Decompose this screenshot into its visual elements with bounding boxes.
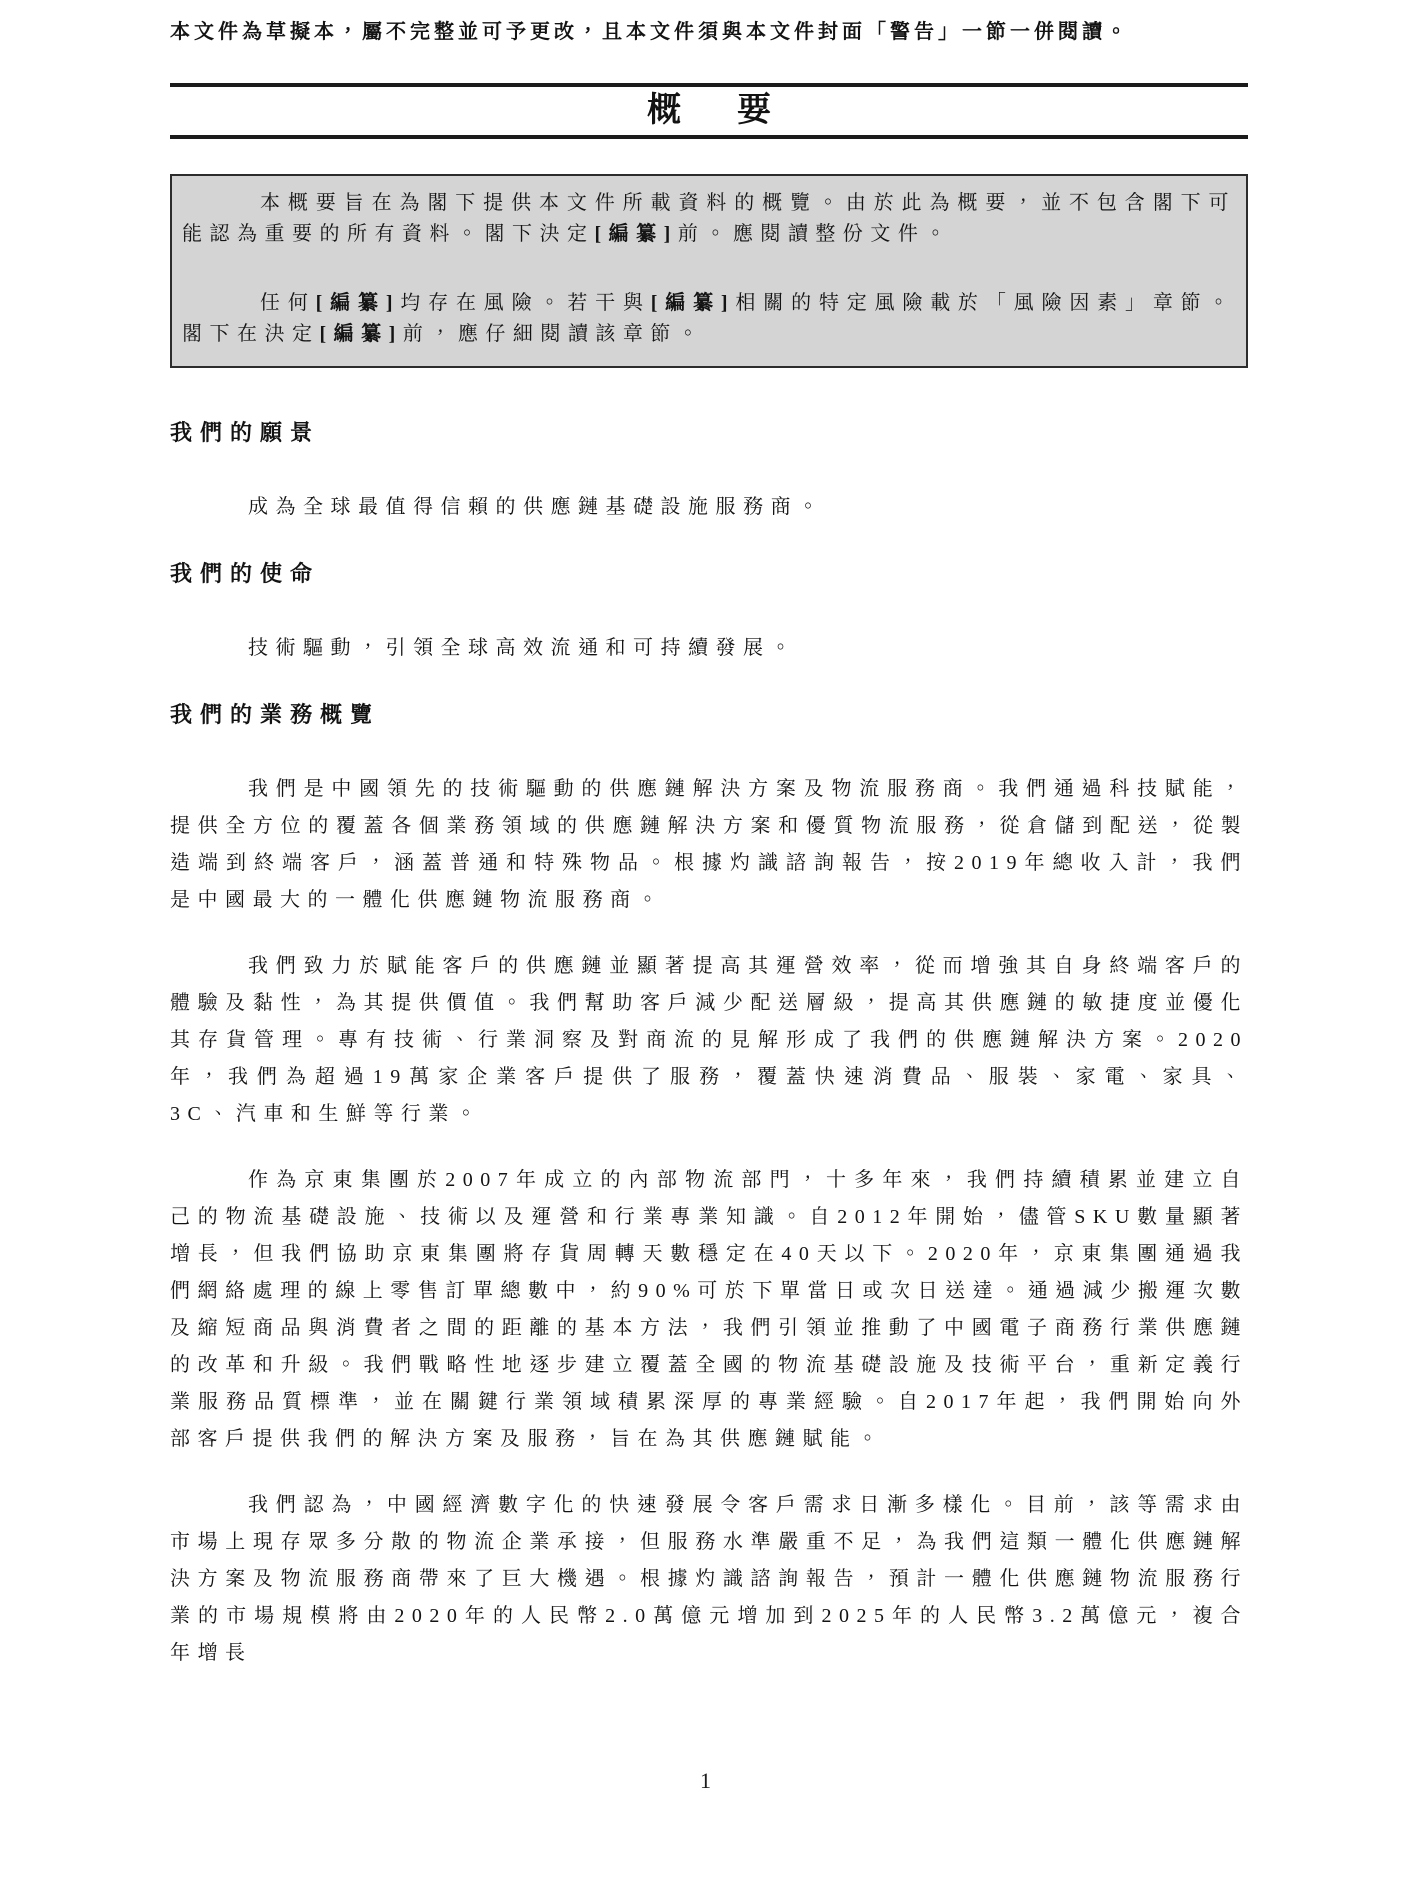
draft-disclaimer: 本文件為草擬本，屬不完整並可予更改，且本文件須與本文件封面「警告」一節一併閱讀。 bbox=[170, 17, 1248, 47]
overview-paragraph-4: 我們認為，中國經濟數字化的快速發展令客戶需求日漸多樣化。目前，該等需求由市場上現… bbox=[170, 1487, 1248, 1672]
page-title: 概要 bbox=[170, 87, 1248, 135]
overview-paragraph-1: 我們是中國領先的技術驅動的供應鏈解決方案及物流服務商。我們通過科技賦能，提供全方… bbox=[170, 771, 1248, 919]
section-heading-vision: 我們的願景 bbox=[170, 418, 1248, 448]
page-number: 1 bbox=[0, 1768, 1411, 1794]
notice-paragraph-2: 任何[編纂]均存在風險。若干與[編纂]相關的特定風險載於「風險因素」章節。閣下在… bbox=[182, 288, 1236, 350]
mission-statement: 技術驅動，引領全球高效流通和可持續發展。 bbox=[170, 630, 1248, 667]
overview-paragraph-3: 作為京東集團於2007年成立的內部物流部門，十多年來，我們持續積累並建立自己的物… bbox=[170, 1162, 1248, 1458]
summary-notice-box: 本概要旨在為閣下提供本文件所載資料的概覽。由於此為概要，並不包含閣下可能認為重要… bbox=[170, 174, 1248, 368]
notice-paragraph-1: 本概要旨在為閣下提供本文件所載資料的概覽。由於此為概要，並不包含閣下可能認為重要… bbox=[182, 188, 1236, 250]
overview-paragraph-2: 我們致力於賦能客戶的供應鏈並顯著提高其運營效率，從而增強其自身終端客戶的體驗及黏… bbox=[170, 948, 1248, 1133]
horizontal-rule-bottom bbox=[170, 135, 1248, 139]
section-heading-mission: 我們的使命 bbox=[170, 559, 1248, 589]
document-page: 本文件為草擬本，屬不完整並可予更改，且本文件須與本文件封面「警告」一節一併閱讀。… bbox=[170, 0, 1248, 1672]
section-heading-business-overview: 我們的業務概覽 bbox=[170, 700, 1248, 730]
vision-statement: 成為全球最值得信賴的供應鏈基礎設施服務商。 bbox=[170, 489, 1248, 526]
